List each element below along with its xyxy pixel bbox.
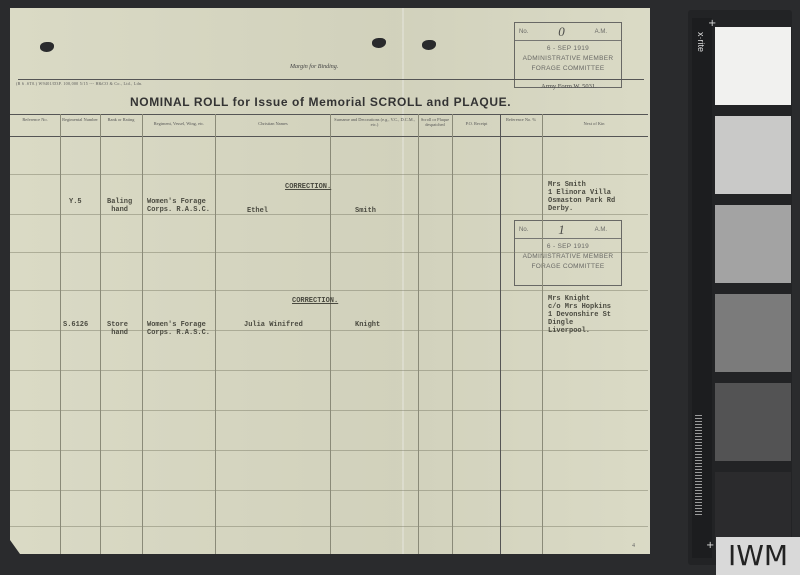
swatch-mid-gray <box>715 205 791 283</box>
row-rule <box>10 526 648 527</box>
received-stamp: No. 0 A.M. 6 - SEP 1919 ADMINISTRATIVE M… <box>514 22 622 88</box>
column-header: Regiment, Vessel, Wing, etc. <box>144 121 214 126</box>
column-header: Scroll or Plaque despatched <box>419 117 451 127</box>
rank: Store hand <box>107 321 128 337</box>
column-rule <box>418 114 419 554</box>
next-of-kin: Mrs Knight c/o Mrs Hopkins 1 Devonshire … <box>548 295 611 335</box>
column-header: Reference No. <box>12 117 58 122</box>
column-header: Surname and Decorations (e.g., V.C., D.C… <box>332 117 417 127</box>
row-rule <box>10 174 648 175</box>
stamp-line2: FORAGE COMMITTEE <box>515 64 621 74</box>
stamp-line1: ADMINISTRATIVE MEMBER <box>515 54 621 64</box>
column-header: Reference No. % <box>502 117 540 122</box>
color-calibration-card: x·rite + + <box>688 10 792 565</box>
page-number: 4 <box>632 543 635 549</box>
regiment: Women's Forage Corps. R.A.S.C. <box>147 198 210 214</box>
column-header: P.O. Receipt <box>454 121 499 126</box>
xrite-logo: x·rite <box>696 32 706 52</box>
rank: Baling hand <box>107 198 132 214</box>
row-rule <box>10 410 648 411</box>
stamp-no-label: No. <box>519 29 528 35</box>
margin-note: Margin for Binding. <box>290 64 338 70</box>
stamp-am-label: A.M. <box>595 29 607 35</box>
nominal-roll-table: Reference No. Regimental Number Rank or … <box>10 114 648 554</box>
column-rule <box>452 114 453 554</box>
christian-names: Ethel <box>247 207 268 215</box>
header-bottom-rule <box>10 136 648 137</box>
stamp-no-value: 0 <box>558 24 565 40</box>
column-rule <box>100 114 101 554</box>
column-rule <box>542 114 543 554</box>
scale-ruler <box>695 415 702 515</box>
row-rule <box>10 370 648 371</box>
correction-note: CORRECTION. <box>285 183 331 191</box>
row-rule <box>10 490 648 491</box>
crosshair-icon: + <box>706 540 714 551</box>
correction-note: CORRECTION. <box>292 297 338 305</box>
punch-hole <box>422 40 436 50</box>
column-rule <box>215 114 216 554</box>
column-rule <box>500 114 501 554</box>
punch-hole <box>372 38 386 48</box>
column-header: Regimental Number <box>62 117 98 122</box>
column-rule <box>142 114 143 554</box>
swatch-white <box>715 27 791 105</box>
regiment: Women's Forage Corps. R.A.S.C. <box>147 321 210 337</box>
regimental-number: Y.5 <box>69 198 82 206</box>
printer-line: (B 6 .ST0.) W9401/D3P. 100,000 5/15 --- … <box>16 81 143 86</box>
table-top-rule <box>10 114 648 115</box>
column-header: Christian Names <box>217 121 329 126</box>
surname: Knight <box>355 321 380 329</box>
page-title: NOMINAL ROLL for Issue of Memorial SCROL… <box>130 95 511 109</box>
swatch-light-gray <box>715 116 791 194</box>
next-of-kin: Mrs Smith 1 Elinora Villa Osmaston Park … <box>548 181 615 213</box>
row-rule <box>10 450 648 451</box>
row-rule <box>10 214 648 215</box>
regimental-number: S.6126 <box>63 321 88 329</box>
column-rule <box>330 114 331 554</box>
swatch-gray <box>715 294 791 372</box>
row-rule <box>10 252 648 253</box>
stamp-date: 6 - SEP 1919 <box>515 44 621 54</box>
iwm-watermark: IWM <box>716 537 800 575</box>
column-rule <box>60 114 61 554</box>
row-rule <box>10 290 648 291</box>
christian-names: Julia Winifred <box>244 321 303 329</box>
surname: Smith <box>355 207 376 215</box>
column-header: Next of Kin <box>544 121 644 126</box>
punch-hole <box>40 42 54 52</box>
column-header: Rank or Rating <box>102 117 140 122</box>
swatch-dark-gray <box>715 383 791 461</box>
